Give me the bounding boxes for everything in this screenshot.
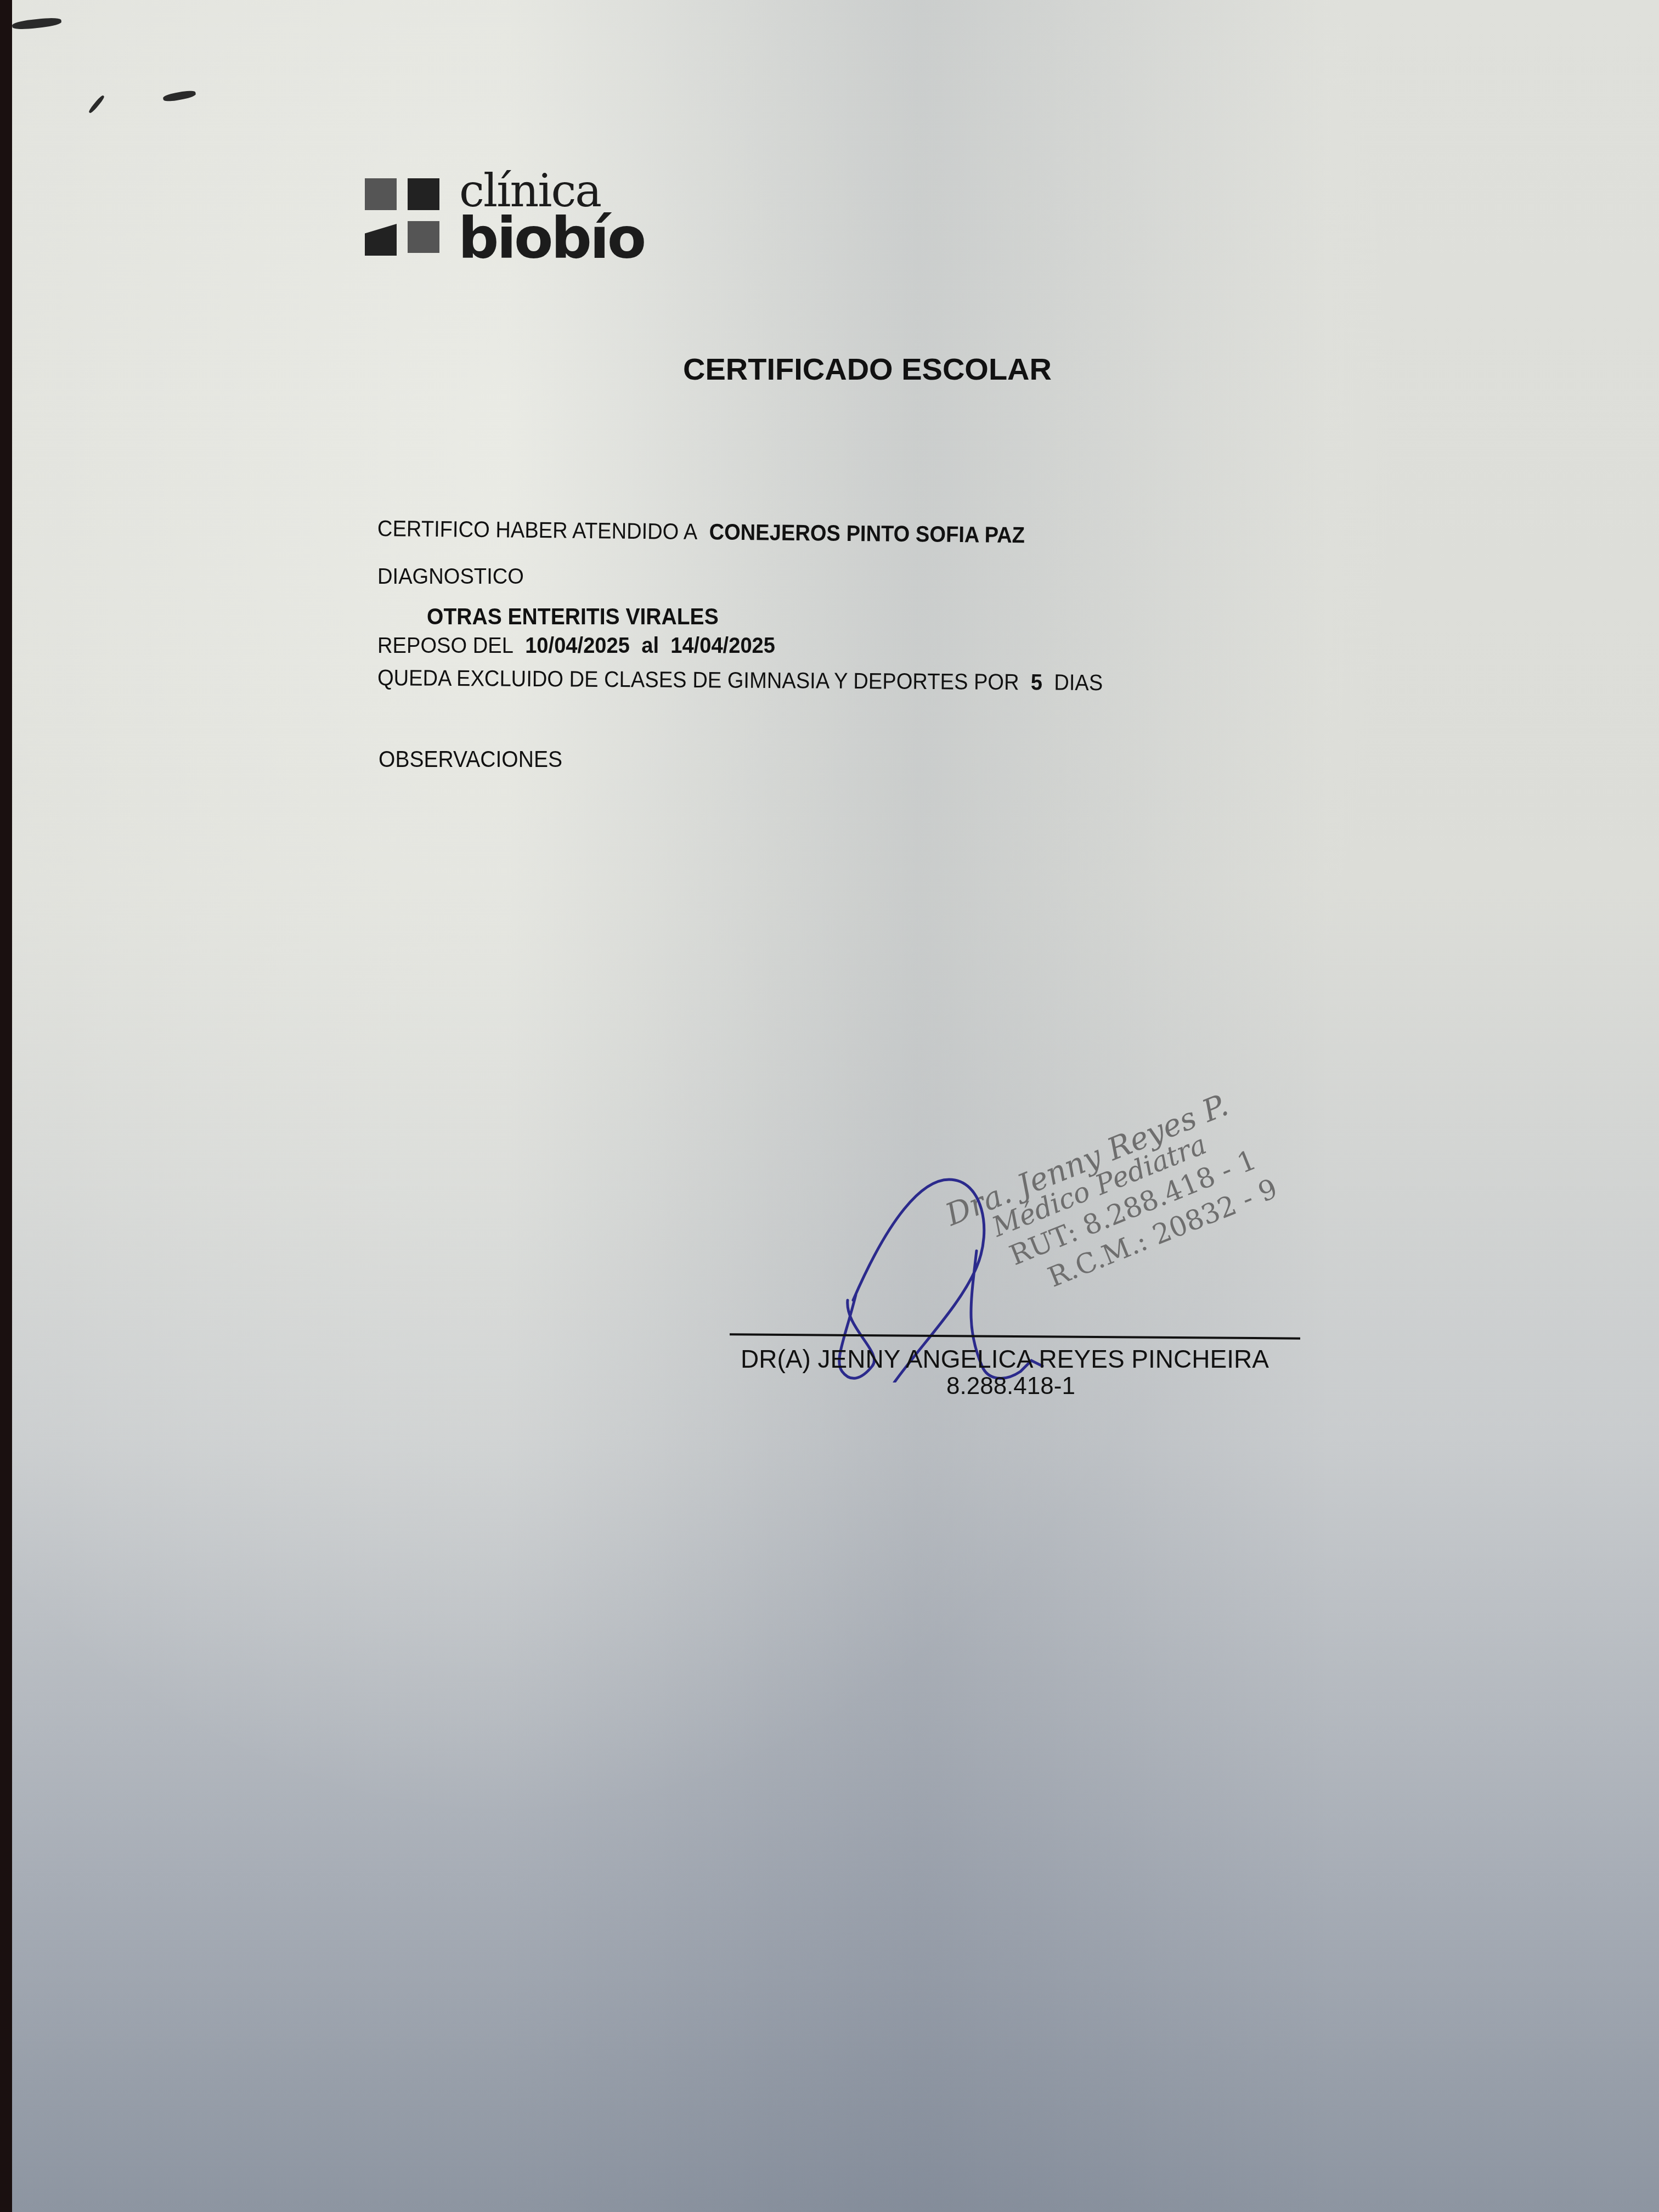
exclusion-unit: DIAS: [1054, 670, 1103, 696]
diagnosis-label: DIAGNOSTICO: [377, 563, 524, 589]
pen-mark: [88, 94, 105, 114]
signer-name: DR(A) JENNY ANGELICA REYES PINCHEIRA: [741, 1344, 1269, 1374]
observations-label: OBSERVACIONES: [379, 746, 562, 772]
logo-square-icon: [365, 224, 397, 256]
clinic-logo: clínica biobío: [365, 173, 650, 272]
rest-from-date: 10/04/2025: [525, 633, 630, 658]
logo-square-icon: [408, 178, 439, 210]
logo-text-biobio: biobío: [458, 205, 644, 272]
certify-label: CERTIFICO HABER ATENDIDO A: [377, 516, 698, 544]
signer-rut: 8.288.418-1: [946, 1373, 1075, 1400]
rest-label: REPOSO DEL: [377, 633, 513, 658]
diagnosis-value: OTRAS ENTERITIS VIRALES: [427, 603, 719, 630]
exclusion-days: 5: [1031, 669, 1043, 695]
logo-square-icon: [365, 178, 397, 210]
patient-name: CONEJEROS PINTO SOFIA PAZ: [709, 519, 1025, 548]
rest-period-line: REPOSO DEL 10/04/2025 al 14/04/2025: [377, 633, 775, 658]
exclusion-line: QUEDA EXCLUIDO DE CLASES DE GIMNASIA Y D…: [377, 665, 1103, 696]
logo-square-icon: [408, 221, 439, 253]
rest-to-date: 14/04/2025: [670, 633, 775, 658]
document-page: [12, 0, 1659, 2212]
pen-mark: [12, 16, 61, 30]
rest-connector: al: [641, 633, 659, 658]
pen-mark: [162, 89, 196, 103]
exclusion-text: QUEDA EXCLUIDO DE CLASES DE GIMNASIA Y D…: [377, 665, 1019, 695]
document-title: CERTIFICADO ESCOLAR: [683, 351, 1052, 387]
